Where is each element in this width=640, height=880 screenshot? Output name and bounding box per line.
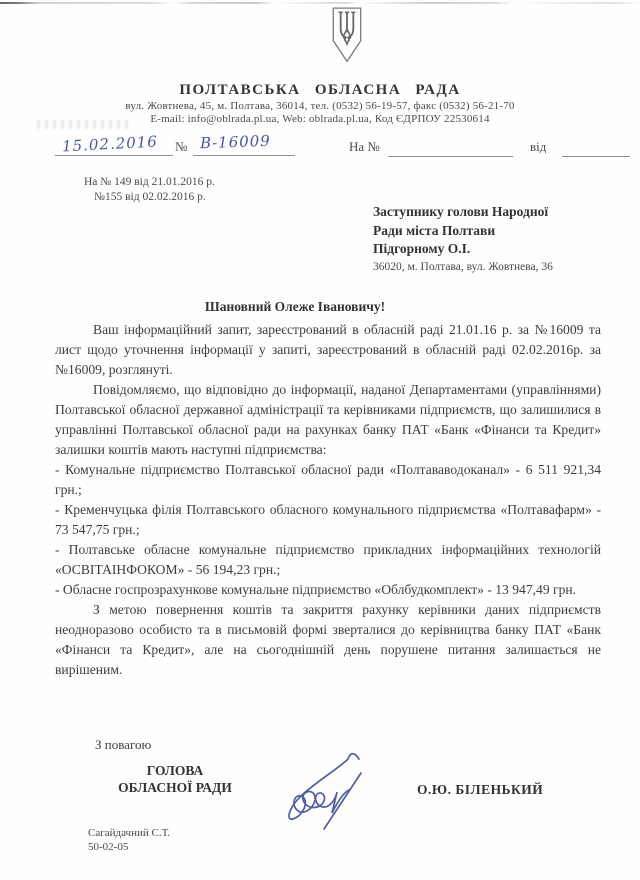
- number-label: №: [175, 139, 187, 155]
- body-paragraph-2: Повідомляємо, що відповідно до інформаці…: [55, 380, 601, 460]
- handwritten-signature: [262, 745, 392, 845]
- executor-name: Сагайдачний С.Т.: [88, 826, 170, 840]
- recipient-title-line-1: Заступнику голови Народної: [373, 203, 553, 222]
- signer-title-line-2: ОБЛАСНОЇ РАДИ: [112, 779, 238, 796]
- handwritten-date: 15.02.2016: [62, 133, 159, 156]
- incoming-date-blank-line: [562, 155, 630, 157]
- list-item-poltavavodokanal: - Комунальне підприємство Полтавської об…: [55, 460, 601, 500]
- in-reply-block: На № 149 від 21.01.2016 р. №155 від 02.0…: [84, 175, 215, 205]
- recipient-title-line-2: Ради міста Полтави: [373, 222, 553, 241]
- signer-title: ГОЛОВА ОБЛАСНОЇ РАДИ: [112, 762, 238, 796]
- scan-artifact-smudge: [37, 120, 129, 129]
- body-paragraph-1: Ваш інформаційний запит, зареєстрований …: [55, 320, 601, 380]
- scanned-letter-page: ПОЛТАВСЬКА ОБЛАСНА РАДА вул. Жовтнева, 4…: [0, 0, 640, 880]
- list-item-poltavafarm: - Кременчуцька філія Полтавського обласн…: [55, 500, 601, 540]
- list-item-osvitainfokom: - Полтавське обласне комунальне підприєм…: [55, 540, 601, 580]
- org-name: ПОЛТАВСЬКА ОБЛАСНА РАДА: [20, 82, 620, 99]
- handwritten-outgoing-number: В-16009: [200, 132, 271, 152]
- number-blank-line: [193, 154, 295, 156]
- closing-phrase: З повагою: [95, 737, 151, 753]
- scan-artifact-top-line: [0, 2, 640, 4]
- org-address: вул. Жовтнева, 45, м. Полтава, 36014, те…: [20, 100, 620, 112]
- recipient-name: Підгорному О.І.: [373, 240, 553, 259]
- incoming-date-label: від: [530, 139, 546, 155]
- date-blank-line: [55, 154, 173, 156]
- signer-title-line-1: ГОЛОВА: [112, 762, 238, 779]
- incoming-number-blank-line: [388, 155, 513, 157]
- executor-phone: 50-02-05: [88, 840, 170, 854]
- list-item-oblbudkomplekt: - Обласне госпрозрахункове комунальне пі…: [55, 580, 601, 600]
- body-paragraph-3: З метою повернення коштів та закриття ра…: [55, 600, 601, 680]
- ukraine-trident-emblem-icon: [330, 6, 364, 69]
- salutation: Шановний Олеже Івановичу!: [25, 299, 565, 315]
- recipient-address: 36020, м. Полтава, вул. Жовтнева, 36: [373, 261, 553, 273]
- signer-name: О.Ю. БІЛЕНЬКИЙ: [417, 782, 543, 798]
- executor-block: Сагайдачний С.Т. 50-02-05: [88, 826, 170, 854]
- letter-body: Ваш інформаційний запит, зареєстрований …: [55, 320, 601, 680]
- in-reply-line-1: На № 149 від 21.01.2016 р.: [84, 175, 215, 190]
- recipient-block: Заступнику голови Народної Ради міста По…: [373, 203, 553, 273]
- in-reply-line-2: №155 від 02.02.2016 р.: [84, 190, 215, 205]
- incoming-number-label: На №: [349, 139, 380, 155]
